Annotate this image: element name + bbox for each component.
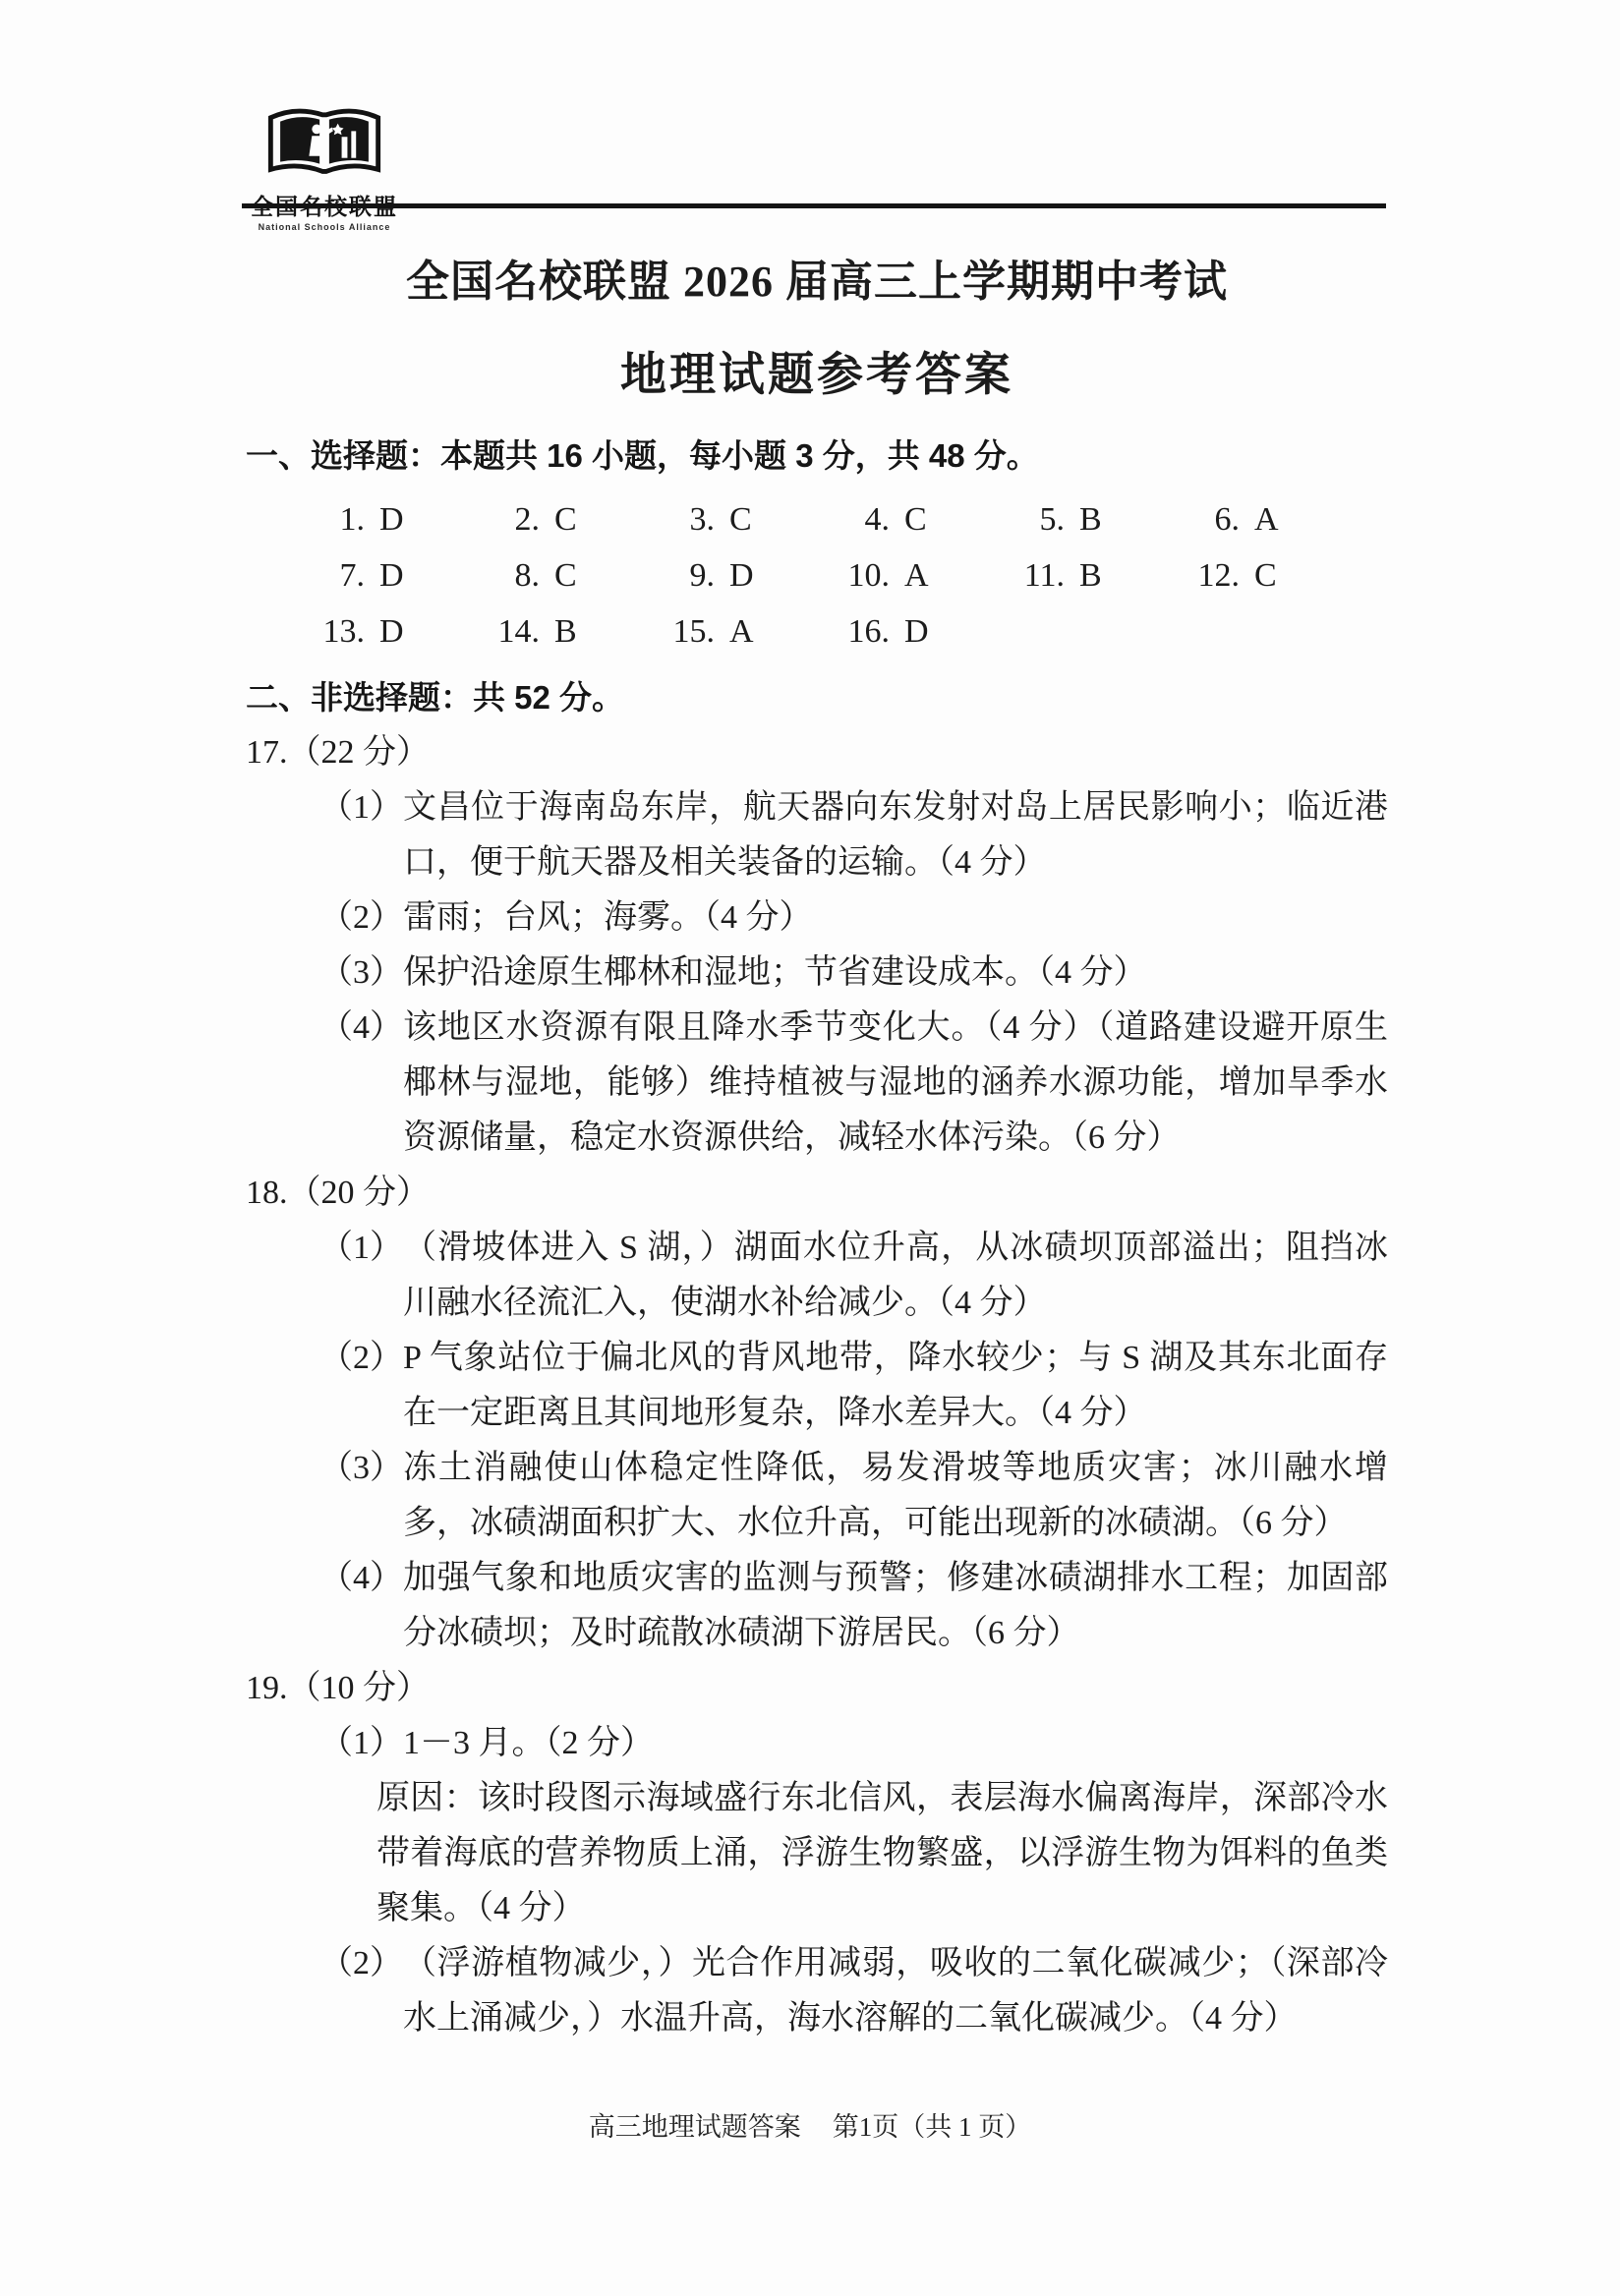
part-text: 1－3 月。（2 分） <box>403 1716 1388 1771</box>
mcq-answer-letter: C <box>554 501 577 538</box>
answer-part: （2） P 气象站位于偏北风的背风地带，降水较少；与 S 湖及其东北面存在一定距… <box>246 1331 1388 1441</box>
mcq-answer-letter: D <box>379 613 404 650</box>
mcq-question-number: 4. <box>844 491 890 547</box>
mcq-answer-letter: D <box>904 613 929 650</box>
part-label: （2） <box>319 1331 403 1386</box>
mcq-question-number: 12. <box>1194 547 1240 603</box>
mcq-answer-letter: C <box>904 501 927 538</box>
page-footer: 高三地理试题答案 第1页（共 1 页） <box>0 2105 1620 2144</box>
mcq-answer: 5.B <box>1019 491 1194 547</box>
mcq-question-number: 8. <box>494 547 540 603</box>
mcq-answer-letter: B <box>1079 501 1102 538</box>
reason-paragraph: 原因：该时段图示海域盛行东北信风，表层海水偏离海岸，深部冷水带着海底的营养物质上… <box>246 1771 1388 1936</box>
mcq-answer: 15.A <box>669 603 844 660</box>
part-label: （2） <box>319 890 403 946</box>
part-label: （4） <box>319 1001 403 1056</box>
part-label: （4） <box>319 1551 403 1606</box>
answer-part: （1） 1－3 月。（2 分） <box>246 1716 1388 1771</box>
answer-part: （4） 加强气象和地质灾害的监测与预警；修建冰碛湖排水工程；加固部分冰碛坝；及时… <box>246 1551 1388 1661</box>
open-book-logo-icon <box>266 106 382 187</box>
part-label: （1） <box>319 1716 403 1771</box>
logo: 全国名校联盟 National Schools Alliance <box>238 106 411 232</box>
question-block: 17.（22 分） （1） 文昌位于海南岛东岸，航天器向东发射对岛上居民影响小；… <box>246 725 1388 1166</box>
mcq-question-number: 5. <box>1019 491 1065 547</box>
mcq-question-number: 14. <box>494 603 540 660</box>
mcq-answer-letter: D <box>379 557 404 594</box>
mcq-answer-letter: C <box>729 501 752 538</box>
mcq-question-number: 10. <box>844 547 890 603</box>
header-divider <box>242 203 1386 208</box>
mcq-question-number: 7. <box>319 547 365 603</box>
part-text: 保护沿途原生椰林和湿地；节省建设成本。（4 分） <box>403 946 1388 1001</box>
answer-part: （3） 冻土消融使山体稳定性降低，易发滑坡等地质灾害；冰川融水增多，冰碛湖面积扩… <box>246 1441 1388 1551</box>
mcq-answer: 9.D <box>669 547 844 603</box>
mcq-answer: 10.A <box>844 547 1019 603</box>
question-block: 18.（20 分） （1） （滑坡体进入 S 湖，）湖面水位升高，从冰碛坝顶部溢… <box>246 1166 1388 1661</box>
question-header: 18.（20 分） <box>246 1166 1388 1221</box>
mcq-answer-letter: A <box>729 613 754 650</box>
part-label: （2） <box>319 1936 403 1991</box>
part-text: （浮游植物减少，）光合作用减弱，吸收的二氧化碳减少；（深部冷水上涌减少，）水温升… <box>403 1936 1388 2046</box>
answers-body: 一、选择题：本题共 16 小题，每小题 3 分，共 48 分。 1.D 2.C … <box>246 429 1388 2046</box>
question-parts: （1） 1－3 月。（2 分） 原因：该时段图示海域盛行东北信风，表层海水偏离海… <box>246 1716 1388 2046</box>
mcq-answer-letter: D <box>379 501 404 538</box>
mcq-answer-letter: D <box>729 557 754 594</box>
answer-part: （2） 雷雨；台风；海雾。（4 分） <box>246 890 1388 946</box>
mcq-answer-letter: B <box>1079 557 1102 594</box>
mcq-question-number: 2. <box>494 491 540 547</box>
mcq-answer-letter: C <box>554 557 577 594</box>
mcq-answer: 1.D <box>319 491 494 547</box>
part-label: （1） <box>319 780 403 835</box>
question-header: 17.（22 分） <box>246 725 1388 780</box>
mcq-question-number: 6. <box>1194 491 1240 547</box>
section-choice-heading: 一、选择题：本题共 16 小题，每小题 3 分，共 48 分。 <box>246 429 1388 484</box>
mcq-grid: 1.D 2.C 3.C 4.C 5.B 6.A 7.D 8.C 9.D 10.A… <box>319 491 1388 660</box>
mcq-answer-letter: C <box>1254 557 1277 594</box>
mcq-question-number: 16. <box>844 603 890 660</box>
paper-title: 地理试题参考答案 <box>246 338 1388 404</box>
mcq-answer-letter: A <box>1254 501 1279 538</box>
answer-part: （1） （滑坡体进入 S 湖，）湖面水位升高，从冰碛坝顶部溢出；阻挡冰川融水径流… <box>246 1221 1388 1331</box>
part-text: 该地区水资源有限且降水季节变化大。（4 分）（道路建设避开原生椰林与湿地，能够）… <box>403 1001 1388 1166</box>
mcq-answer-letter: A <box>904 557 929 594</box>
question-header: 19.（10 分） <box>246 1661 1388 1716</box>
mcq-answer-letter: B <box>554 613 577 650</box>
question-block: 19.（10 分） （1） 1－3 月。（2 分） 原因：该时段图示海域盛行东北… <box>246 1661 1388 2046</box>
mcq-question-number: 3. <box>669 491 715 547</box>
answer-part: （1） 文昌位于海南岛东岸，航天器向东发射对岛上居民影响小；临近港口，便于航天器… <box>246 780 1388 890</box>
mcq-question-number: 1. <box>319 491 365 547</box>
logo-subtitle: National Schools Alliance <box>238 222 411 232</box>
part-label: （3） <box>319 946 403 1001</box>
answer-part: （3） 保护沿途原生椰林和湿地；节省建设成本。（4 分） <box>246 946 1388 1001</box>
mcq-answer: 12.C <box>1194 547 1369 603</box>
part-text: P 气象站位于偏北风的背风地带，降水较少；与 S 湖及其东北面存在一定距离且其间… <box>403 1331 1388 1441</box>
mcq-question-number: 11. <box>1019 547 1065 603</box>
mcq-answer: 11.B <box>1019 547 1194 603</box>
mcq-answer: 8.C <box>494 547 669 603</box>
mcq-answer: 4.C <box>844 491 1019 547</box>
mcq-answer: 13.D <box>319 603 494 660</box>
footer-page-number: 第1页（共 1 页） <box>833 2105 1032 2144</box>
mcq-question-number: 15. <box>669 603 715 660</box>
section-subjective-heading: 二、非选择题：共 52 分。 <box>246 670 1388 725</box>
mcq-answer: 6.A <box>1194 491 1369 547</box>
exam-title: 全国名校联盟 2026 届高三上学期期中考试 <box>246 246 1388 309</box>
part-label: （3） <box>319 1441 403 1496</box>
answer-part: （4） 该地区水资源有限且降水季节变化大。（4 分）（道路建设避开原生椰林与湿地… <box>246 1001 1388 1166</box>
mcq-question-number: 13. <box>319 603 365 660</box>
mcq-answer: 16.D <box>844 603 1019 660</box>
footer-doc-label: 高三地理试题答案 <box>589 2105 801 2144</box>
mcq-answer: 3.C <box>669 491 844 547</box>
questions: 17.（22 分） （1） 文昌位于海南岛东岸，航天器向东发射对岛上居民影响小；… <box>246 725 1388 2046</box>
mcq-answer: 14.B <box>494 603 669 660</box>
part-text: （滑坡体进入 S 湖，）湖面水位升高，从冰碛坝顶部溢出；阻挡冰川融水径流汇入，使… <box>403 1221 1388 1331</box>
part-text: 文昌位于海南岛东岸，航天器向东发射对岛上居民影响小；临近港口，便于航天器及相关装… <box>403 780 1388 890</box>
mcq-answer: 2.C <box>494 491 669 547</box>
mcq-answer: 7.D <box>319 547 494 603</box>
part-text: 冻土消融使山体稳定性降低，易发滑坡等地质灾害；冰川融水增多，冰碛湖面积扩大、水位… <box>403 1441 1388 1551</box>
titles: 全国名校联盟 2026 届高三上学期期中考试 地理试题参考答案 <box>246 246 1388 404</box>
part-text: 加强气象和地质灾害的监测与预警；修建冰碛湖排水工程；加固部分冰碛坝；及时疏散冰碛… <box>403 1551 1388 1661</box>
question-parts: （1） 文昌位于海南岛东岸，航天器向东发射对岛上居民影响小；临近港口，便于航天器… <box>246 780 1388 1166</box>
part-label: （1） <box>319 1221 403 1276</box>
question-parts: （1） （滑坡体进入 S 湖，）湖面水位升高，从冰碛坝顶部溢出；阻挡冰川融水径流… <box>246 1221 1388 1661</box>
answer-sheet-page: 全国名校联盟 National Schools Alliance 全国名校联盟 … <box>0 0 1620 2296</box>
answer-part: （2） （浮游植物减少，）光合作用减弱，吸收的二氧化碳减少；（深部冷水上涌减少，… <box>246 1936 1388 2046</box>
mcq-question-number: 9. <box>669 547 715 603</box>
part-text: 雷雨；台风；海雾。（4 分） <box>403 890 1388 946</box>
